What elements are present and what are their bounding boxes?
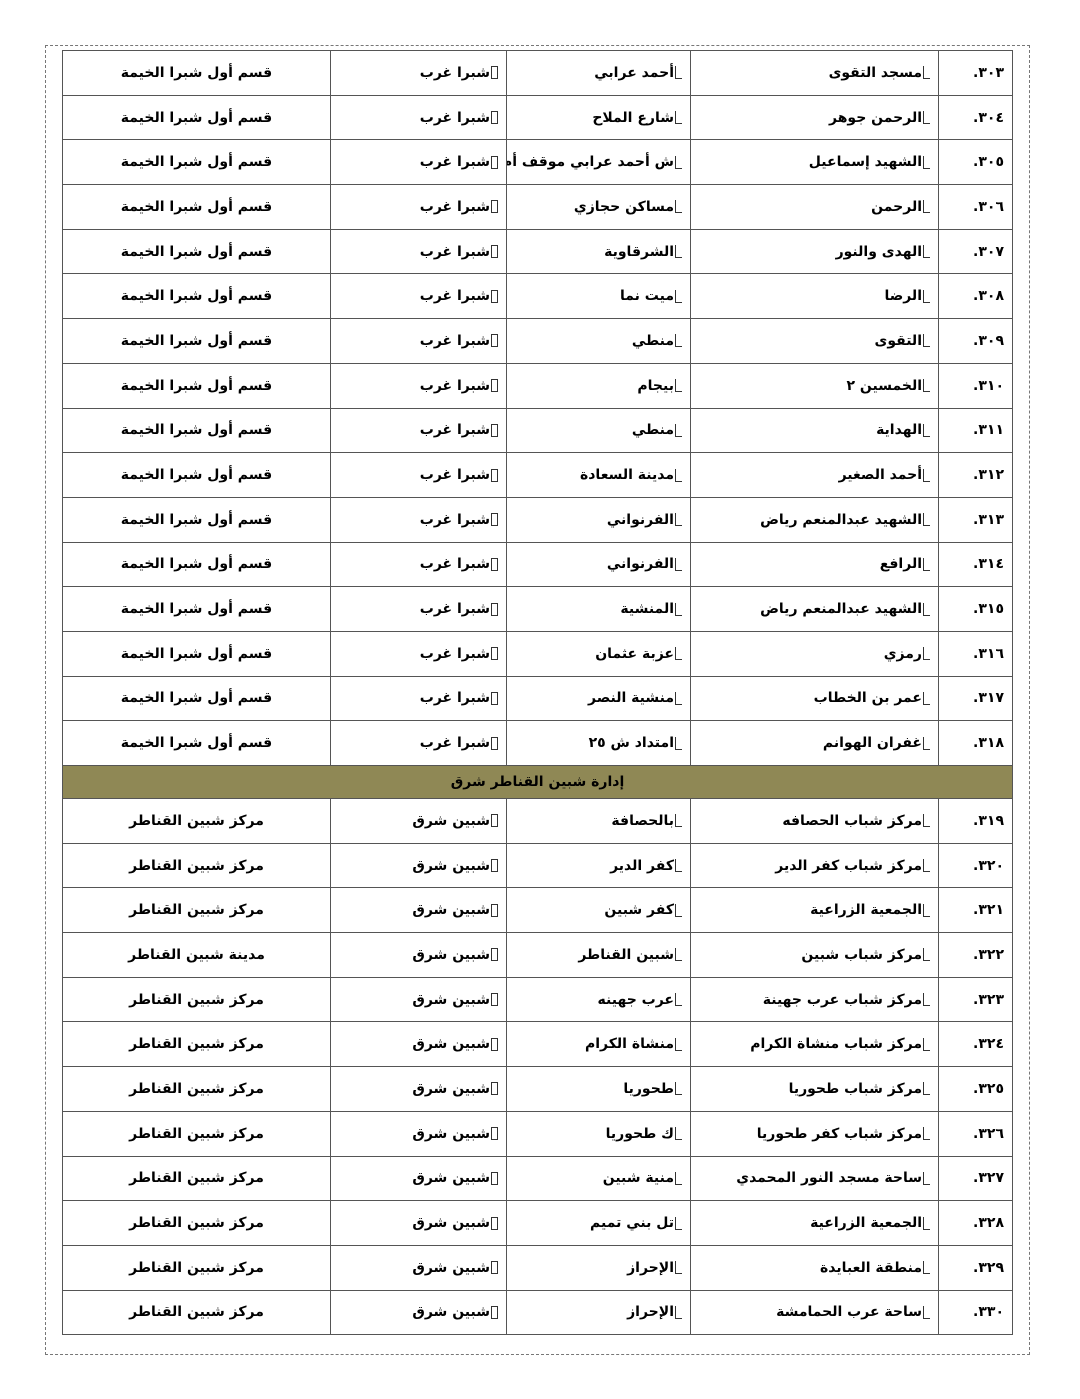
area-name: عزبة عثمان xyxy=(595,646,674,662)
checkbox-glyph-icon xyxy=(491,1217,498,1230)
row-number: ٣٠٤. xyxy=(939,95,1013,140)
checkbox-glyph-icon xyxy=(491,558,498,571)
location-name: مركز شباب عرب جهينة xyxy=(763,992,922,1008)
area-name: أحمد عرابي xyxy=(594,65,674,81)
department-name: قسم أول شبرا الخيمة xyxy=(121,556,272,572)
table-row: ٣١٦. رمزي عزبة عثمان شبرا غرب قسم أول شب… xyxy=(63,631,1013,676)
checkbox-glyph-icon xyxy=(675,993,682,1006)
checkbox-glyph-icon xyxy=(923,692,930,705)
department-name: مركز شبين القناطر xyxy=(129,1304,264,1320)
area-name: الإحراز xyxy=(627,1260,674,1276)
table-row: ٣٢٣. مركز شباب عرب جهينة عرب جهينه شبين … xyxy=(63,977,1013,1022)
area-cell: منشية النصر xyxy=(507,676,691,721)
area-cell: المنشية xyxy=(507,587,691,632)
district-name: شبين شرق xyxy=(412,1215,490,1231)
row-number: ٣١٧. xyxy=(939,676,1013,721)
location-name-cell: أحمد الصغير xyxy=(691,453,939,498)
checkbox-glyph-icon xyxy=(491,1082,498,1095)
checkbox-glyph-icon xyxy=(923,379,930,392)
location-name-cell: الخمسين ٢ xyxy=(691,363,939,408)
checkbox-glyph-icon xyxy=(923,1127,930,1140)
department-cell: مركز شبين القناطر xyxy=(63,1111,331,1156)
table-row: ٣١٨. غفران الهوانم امتداد ش ٢٥ شبرا غرب … xyxy=(63,721,1013,766)
table-row: ٣١٤. الرافع الفرنواني شبرا غرب قسم أول ش… xyxy=(63,542,1013,587)
checkbox-glyph-icon xyxy=(491,379,498,392)
location-name-cell: مركز شباب الحصافه xyxy=(691,799,939,844)
department-cell: قسم أول شبرا الخيمة xyxy=(63,676,331,721)
district-name: شبرا غرب xyxy=(420,467,490,483)
location-name: غفران الهوانم xyxy=(823,735,922,751)
checkbox-glyph-icon xyxy=(923,334,930,347)
department-cell: مركز شبين القناطر xyxy=(63,1290,331,1335)
table-row: ٣١٣. الشهيد عبدالمنعم رياض الفرنواني شبر… xyxy=(63,497,1013,542)
checkbox-glyph-icon xyxy=(491,1261,498,1274)
table-row: ٣٢٢. مركز شباب شبين شبين القناطر شبين شر… xyxy=(63,933,1013,978)
department-cell: قسم أول شبرا الخيمة xyxy=(63,95,331,140)
area-cell: الفرنواني xyxy=(507,542,691,587)
row-number: ٣٢٩. xyxy=(939,1245,1013,1290)
area-cell: تل بني تميم xyxy=(507,1201,691,1246)
location-name: الشهيد عبدالمنعم رياض xyxy=(760,601,922,617)
area-cell: مساكن حجازي xyxy=(507,185,691,230)
department-cell: قسم أول شبرا الخيمة xyxy=(63,497,331,542)
row-number: ٣٢٤. xyxy=(939,1022,1013,1067)
row-number: ٣٢٦. xyxy=(939,1111,1013,1156)
area-cell: طحوريا xyxy=(507,1067,691,1112)
area-cell: شبين القناطر xyxy=(507,933,691,978)
checkbox-glyph-icon xyxy=(491,424,498,437)
area-cell: ميت نما xyxy=(507,274,691,319)
district-cell: شبرا غرب xyxy=(331,140,507,185)
checkbox-glyph-icon xyxy=(675,1261,682,1274)
location-name-cell: مركز شباب منشاة الكرام xyxy=(691,1022,939,1067)
checkbox-glyph-icon xyxy=(491,513,498,526)
location-name-cell: مركز شباب كفر طحوريا xyxy=(691,1111,939,1156)
district-name: شبرا غرب xyxy=(420,378,490,394)
department-cell: قسم أول شبرا الخيمة xyxy=(63,587,331,632)
department-cell: مركز شبين القناطر xyxy=(63,1245,331,1290)
location-name: مركز شباب شبين xyxy=(801,947,922,963)
checkbox-glyph-icon xyxy=(923,245,930,258)
area-name: عرب جهينه xyxy=(598,992,674,1008)
checkbox-glyph-icon xyxy=(491,1127,498,1140)
department-cell: قسم أول شبرا الخيمة xyxy=(63,721,331,766)
location-name-cell: عمر بن الخطاب xyxy=(691,676,939,721)
location-name-cell: الهداية xyxy=(691,408,939,453)
location-name-cell: الشهيد إسماعيل xyxy=(691,140,939,185)
checkbox-glyph-icon xyxy=(675,814,682,827)
district-name: شبرا غرب xyxy=(420,199,490,215)
district-cell: شبين شرق xyxy=(331,977,507,1022)
row-number: ٣٣٠. xyxy=(939,1290,1013,1335)
district-cell: شبرا غرب xyxy=(331,51,507,96)
checkbox-glyph-icon xyxy=(675,379,682,392)
district-cell: شبرا غرب xyxy=(331,274,507,319)
checkbox-glyph-icon xyxy=(923,424,930,437)
location-name: مركز شباب الحصافه xyxy=(782,813,922,829)
department-name: قسم أول شبرا الخيمة xyxy=(121,601,272,617)
row-number: ٣٢٢. xyxy=(939,933,1013,978)
location-name: الهدى والنور xyxy=(836,244,922,260)
location-name-cell: الرحمن جوهر xyxy=(691,95,939,140)
district-name: شبين شرق xyxy=(412,902,490,918)
location-name-cell: التقوى xyxy=(691,319,939,364)
table-row: ٣٢٤. مركز شباب منشاة الكرام منشاة الكرام… xyxy=(63,1022,1013,1067)
area-name: طحوريا xyxy=(623,1081,674,1097)
department-name: قسم أول شبرا الخيمة xyxy=(121,378,272,394)
location-name: رمزي xyxy=(884,646,922,662)
district-cell: شبين شرق xyxy=(331,888,507,933)
checkbox-glyph-icon xyxy=(923,66,930,79)
checkbox-glyph-icon xyxy=(675,859,682,872)
district-name: شبرا غرب xyxy=(420,288,490,304)
checkbox-glyph-icon xyxy=(491,948,498,961)
department-name: مدينة شبين القناطر xyxy=(128,947,265,963)
department-name: مركز شبين القناطر xyxy=(129,1215,264,1231)
table-row: ٣٠٣. مسجد التقوى أحمد عرابي شبرا غرب قسم… xyxy=(63,51,1013,96)
checkbox-glyph-icon xyxy=(675,156,682,169)
checkbox-glyph-icon xyxy=(923,948,930,961)
location-name-cell: مسجد التقوى xyxy=(691,51,939,96)
location-name: الرحمن xyxy=(871,199,922,215)
checkbox-glyph-icon xyxy=(923,1217,930,1230)
location-name: مسجد التقوى xyxy=(829,65,922,81)
district-cell: شبين شرق xyxy=(331,1067,507,1112)
department-cell: مركز شبين القناطر xyxy=(63,843,331,888)
department-cell: مركز شبين القناطر xyxy=(63,977,331,1022)
table-row: ٣١٢. أحمد الصغير مدينة السعادة شبرا غرب … xyxy=(63,453,1013,498)
checkbox-glyph-icon xyxy=(491,814,498,827)
location-name: الرحمن جوهر xyxy=(829,110,922,126)
district-cell: شبرا غرب xyxy=(331,319,507,364)
department-name: مركز شبين القناطر xyxy=(129,1081,264,1097)
department-name: مركز شبين القناطر xyxy=(129,1260,264,1276)
area-name: ش أحمد عرابي موقف أم بيومي xyxy=(507,154,675,170)
department-name: مركز شبين القناطر xyxy=(129,992,264,1008)
district-name: شبرا غرب xyxy=(420,690,490,706)
area-name: منطي xyxy=(632,422,674,438)
location-name-cell: الشهيد عبدالمنعم رياض xyxy=(691,587,939,632)
checkbox-glyph-icon xyxy=(923,156,930,169)
district-cell: شبين شرق xyxy=(331,1290,507,1335)
table-row: ٣٠٥. الشهيد إسماعيل ش أحمد عرابي موقف أم… xyxy=(63,140,1013,185)
district-name: شبرا غرب xyxy=(420,646,490,662)
district-cell: شبرا غرب xyxy=(331,363,507,408)
location-name: أحمد الصغير xyxy=(839,467,922,483)
department-cell: مدينة شبين القناطر xyxy=(63,933,331,978)
table-row: ٣٢١. الجمعية الزراعية كفر شبين شبين شرق … xyxy=(63,888,1013,933)
checkbox-glyph-icon xyxy=(923,290,930,303)
department-name: قسم أول شبرا الخيمة xyxy=(121,288,272,304)
area-name: منية شبين xyxy=(603,1170,674,1186)
row-number: ٣٢١. xyxy=(939,888,1013,933)
location-name-cell: غفران الهوانم xyxy=(691,721,939,766)
location-name-cell: رمزي xyxy=(691,631,939,676)
department-cell: مركز شبين القناطر xyxy=(63,1067,331,1112)
checkbox-glyph-icon xyxy=(491,859,498,872)
area-name: شبين القناطر xyxy=(578,947,674,963)
checkbox-glyph-icon xyxy=(675,1082,682,1095)
district-name: شبرا غرب xyxy=(420,512,490,528)
location-name-cell: الرضا xyxy=(691,274,939,319)
district-cell: شبين شرق xyxy=(331,1022,507,1067)
location-name-cell: مركز شباب عرب جهينة xyxy=(691,977,939,1022)
department-cell: قسم أول شبرا الخيمة xyxy=(63,408,331,453)
district-name: شبين شرق xyxy=(412,1126,490,1142)
department-cell: قسم أول شبرا الخيمة xyxy=(63,542,331,587)
area-cell: امتداد ش ٢٥ xyxy=(507,721,691,766)
department-cell: قسم أول شبرا الخيمة xyxy=(63,274,331,319)
district-cell: شبين شرق xyxy=(331,1245,507,1290)
row-number: ٣١٦. xyxy=(939,631,1013,676)
row-number: ٣١٤. xyxy=(939,542,1013,587)
checkbox-glyph-icon xyxy=(675,513,682,526)
department-name: مركز شبين القناطر xyxy=(129,1126,264,1142)
location-name: عمر بن الخطاب xyxy=(814,690,922,706)
area-name: الفرنواني xyxy=(607,512,674,528)
row-number: ٣١٣. xyxy=(939,497,1013,542)
department-name: قسم أول شبرا الخيمة xyxy=(121,422,272,438)
department-name: مركز شبين القناطر xyxy=(129,902,264,918)
section-header-row: إدارة شبين القناطر شرق xyxy=(63,766,1013,799)
district-name: شبرا غرب xyxy=(420,422,490,438)
area-cell: ش أحمد عرابي موقف أم بيومي xyxy=(507,140,691,185)
location-name-cell: مركز شباب شبين xyxy=(691,933,939,978)
checkbox-glyph-icon xyxy=(491,1306,498,1319)
district-cell: شبرا غرب xyxy=(331,721,507,766)
area-name: مدينة السعادة xyxy=(580,467,674,483)
district-name: شبين شرق xyxy=(412,992,490,1008)
location-name-cell: مركز شباب كفر الدير xyxy=(691,843,939,888)
table-row: ٣٢٨. الجمعية الزراعية تل بني تميم شبين ش… xyxy=(63,1201,1013,1246)
district-name: شبين شرق xyxy=(412,1036,490,1052)
district-name: شبين شرق xyxy=(412,1304,490,1320)
row-number: ٣١٩. xyxy=(939,799,1013,844)
checkbox-glyph-icon xyxy=(923,200,930,213)
district-name: شبين شرق xyxy=(412,813,490,829)
department-cell: مركز شبين القناطر xyxy=(63,1156,331,1201)
district-cell: شبرا غرب xyxy=(331,676,507,721)
area-cell: منشاة الكرام xyxy=(507,1022,691,1067)
district-cell: شبرا غرب xyxy=(331,229,507,274)
location-name-cell: ساحة مسجد النور المحمدي xyxy=(691,1156,939,1201)
row-number: ٣١٢. xyxy=(939,453,1013,498)
checkbox-glyph-icon xyxy=(923,1261,930,1274)
department-name: مركز شبين القناطر xyxy=(129,813,264,829)
area-name: امتداد ش ٢٥ xyxy=(589,735,674,751)
district-cell: شبرا غرب xyxy=(331,185,507,230)
area-cell: عزبة عثمان xyxy=(507,631,691,676)
district-cell: شبين شرق xyxy=(331,799,507,844)
area-name: منطي xyxy=(632,333,674,349)
area-cell: الشرقاوية xyxy=(507,229,691,274)
area-name: المنشية xyxy=(620,601,674,617)
department-name: قسم أول شبرا الخيمة xyxy=(121,244,272,260)
checkbox-glyph-icon xyxy=(491,290,498,303)
district-name: شبرا غرب xyxy=(420,601,490,617)
area-cell: منطي xyxy=(507,319,691,364)
checkbox-glyph-icon xyxy=(491,1172,498,1185)
district-name: شبين شرق xyxy=(412,1260,490,1276)
row-number: ٣٠٦. xyxy=(939,185,1013,230)
area-cell: شارع الملاح xyxy=(507,95,691,140)
checkbox-glyph-icon xyxy=(923,111,930,124)
district-cell: شبرا غرب xyxy=(331,408,507,453)
checkbox-glyph-icon xyxy=(675,424,682,437)
district-cell: شبرا غرب xyxy=(331,542,507,587)
row-number: ٣٢٨. xyxy=(939,1201,1013,1246)
checkbox-glyph-icon xyxy=(675,904,682,917)
area-cell: الإحراز xyxy=(507,1290,691,1335)
district-name: شبرا غرب xyxy=(420,556,490,572)
checkbox-glyph-icon xyxy=(923,1306,930,1319)
department-cell: قسم أول شبرا الخيمة xyxy=(63,631,331,676)
table-row: ٣١٠. الخمسين ٢ بيجام شبرا غرب قسم أول شب… xyxy=(63,363,1013,408)
row-number: ٣٠٨. xyxy=(939,274,1013,319)
section-header: إدارة شبين القناطر شرق xyxy=(63,766,1013,799)
location-name: منطقة العبايدة xyxy=(820,1260,922,1276)
checkbox-glyph-icon xyxy=(491,993,498,1006)
checkbox-glyph-icon xyxy=(675,111,682,124)
district-name: شبين شرق xyxy=(412,1170,490,1186)
row-number: ٣٠٩. xyxy=(939,319,1013,364)
checkbox-glyph-icon xyxy=(923,814,930,827)
department-name: قسم أول شبرا الخيمة xyxy=(121,646,272,662)
location-name: الجمعية الزراعية xyxy=(810,1215,922,1231)
location-name: ساحة مسجد النور المحمدي xyxy=(736,1170,922,1186)
checkbox-glyph-icon xyxy=(923,859,930,872)
area-cell: ك طحوريا xyxy=(507,1111,691,1156)
district-cell: شبين شرق xyxy=(331,1156,507,1201)
row-number: ٣١١. xyxy=(939,408,1013,453)
checkbox-glyph-icon xyxy=(491,1038,498,1051)
locations-table: ٣٠٣. مسجد التقوى أحمد عرابي شبرا غرب قسم… xyxy=(62,50,1013,1335)
area-name: ك طحوريا xyxy=(606,1126,674,1142)
table-row: ٣٠٤. الرحمن جوهر شارع الملاح شبرا غرب قس… xyxy=(63,95,1013,140)
checkbox-glyph-icon xyxy=(675,66,682,79)
checkbox-glyph-icon xyxy=(491,647,498,660)
district-name: شبرا غرب xyxy=(420,735,490,751)
table-row: ٣١٧. عمر بن الخطاب منشية النصر شبرا غرب … xyxy=(63,676,1013,721)
row-number: ٣٢٥. xyxy=(939,1067,1013,1112)
checkbox-glyph-icon xyxy=(675,558,682,571)
location-name: الشهيد إسماعيل xyxy=(809,154,922,170)
location-name: الرافع xyxy=(880,556,922,572)
checkbox-glyph-icon xyxy=(491,334,498,347)
department-cell: مركز شبين القناطر xyxy=(63,799,331,844)
row-number: ٣٢٠. xyxy=(939,843,1013,888)
row-number: ٣٢٧. xyxy=(939,1156,1013,1201)
table-row: ٣٢٧. ساحة مسجد النور المحمدي منية شبين ش… xyxy=(63,1156,1013,1201)
row-number: ٣١٠. xyxy=(939,363,1013,408)
district-cell: شبرا غرب xyxy=(331,587,507,632)
checkbox-glyph-icon xyxy=(675,1127,682,1140)
checkbox-glyph-icon xyxy=(675,1172,682,1185)
table-row: ٣٠٨. الرضا ميت نما شبرا غرب قسم أول شبرا… xyxy=(63,274,1013,319)
department-cell: قسم أول شبرا الخيمة xyxy=(63,185,331,230)
department-name: قسم أول شبرا الخيمة xyxy=(121,199,272,215)
department-cell: قسم أول شبرا الخيمة xyxy=(63,319,331,364)
area-name: بيجام xyxy=(637,378,674,394)
row-number: ٣٠٧. xyxy=(939,229,1013,274)
district-name: شبرا غرب xyxy=(420,110,490,126)
checkbox-glyph-icon xyxy=(675,647,682,660)
department-name: قسم أول شبرا الخيمة xyxy=(121,154,272,170)
department-cell: قسم أول شبرا الخيمة xyxy=(63,229,331,274)
location-name: الجمعية الزراعية xyxy=(810,902,922,918)
district-name: شبرا غرب xyxy=(420,65,490,81)
area-cell: كفر شبين xyxy=(507,888,691,933)
area-name: الشرقاوية xyxy=(604,244,674,260)
department-name: مركز شبين القناطر xyxy=(129,1170,264,1186)
district-cell: شبين شرق xyxy=(331,1111,507,1156)
district-name: شبرا غرب xyxy=(420,244,490,260)
checkbox-glyph-icon xyxy=(923,993,930,1006)
area-cell: بالحصافة xyxy=(507,799,691,844)
checkbox-glyph-icon xyxy=(675,1306,682,1319)
table-row: ٣٢٥. مركز شباب طحوريا طحوريا شبين شرق مر… xyxy=(63,1067,1013,1112)
location-name: الهداية xyxy=(876,422,922,438)
checkbox-glyph-icon xyxy=(675,603,682,616)
area-cell: الفرنواني xyxy=(507,497,691,542)
department-name: قسم أول شبرا الخيمة xyxy=(121,735,272,751)
checkbox-glyph-icon xyxy=(923,647,930,660)
checkbox-glyph-icon xyxy=(491,469,498,482)
department-cell: قسم أول شبرا الخيمة xyxy=(63,363,331,408)
area-name: كفر شبين xyxy=(604,902,674,918)
location-name: مركز شباب كفر طحوريا xyxy=(757,1126,922,1142)
checkbox-glyph-icon xyxy=(923,469,930,482)
checkbox-glyph-icon xyxy=(491,111,498,124)
district-cell: شبرا غرب xyxy=(331,95,507,140)
checkbox-glyph-icon xyxy=(675,469,682,482)
checkbox-glyph-icon xyxy=(675,245,682,258)
area-name: مساكن حجازي xyxy=(574,199,674,215)
area-name: كفر الدير xyxy=(610,858,674,874)
checkbox-glyph-icon xyxy=(675,334,682,347)
area-cell: منطي xyxy=(507,408,691,453)
area-name: تل بني تميم xyxy=(590,1215,674,1231)
checkbox-glyph-icon xyxy=(923,1082,930,1095)
checkbox-glyph-icon xyxy=(675,200,682,213)
checkbox-glyph-icon xyxy=(923,1038,930,1051)
department-name: مركز شبين القناطر xyxy=(129,1036,264,1052)
location-name-cell: الشهيد عبدالمنعم رياض xyxy=(691,497,939,542)
checkbox-glyph-icon xyxy=(675,692,682,705)
table-row: ٣١١. الهداية منطي شبرا غرب قسم أول شبرا … xyxy=(63,408,1013,453)
department-name: قسم أول شبرا الخيمة xyxy=(121,690,272,706)
department-name: قسم أول شبرا الخيمة xyxy=(121,65,272,81)
department-name: قسم أول شبرا الخيمة xyxy=(121,110,272,126)
table-row: ٣١٥. الشهيد عبدالمنعم رياض المنشية شبرا … xyxy=(63,587,1013,632)
area-cell: مدينة السعادة xyxy=(507,453,691,498)
district-name: شبين شرق xyxy=(412,858,490,874)
area-name: بالحصافة xyxy=(611,813,674,829)
location-name-cell: الرافع xyxy=(691,542,939,587)
district-cell: شبين شرق xyxy=(331,1201,507,1246)
department-name: قسم أول شبرا الخيمة xyxy=(121,333,272,349)
department-cell: قسم أول شبرا الخيمة xyxy=(63,140,331,185)
location-name-cell: الهدى والنور xyxy=(691,229,939,274)
table-row: ٣٠٦. الرحمن مساكن حجازي شبرا غرب قسم أول… xyxy=(63,185,1013,230)
checkbox-glyph-icon xyxy=(491,737,498,750)
area-name: الفرنواني xyxy=(607,556,674,572)
row-number: ٣٠٥. xyxy=(939,140,1013,185)
checkbox-glyph-icon xyxy=(675,737,682,750)
table-row: ٣٣٠. ساحة عرب الحمامشة الإحراز شبين شرق … xyxy=(63,1290,1013,1335)
checkbox-glyph-icon xyxy=(491,66,498,79)
table-row: ٣٢٦. مركز شباب كفر طحوريا ك طحوريا شبين … xyxy=(63,1111,1013,1156)
